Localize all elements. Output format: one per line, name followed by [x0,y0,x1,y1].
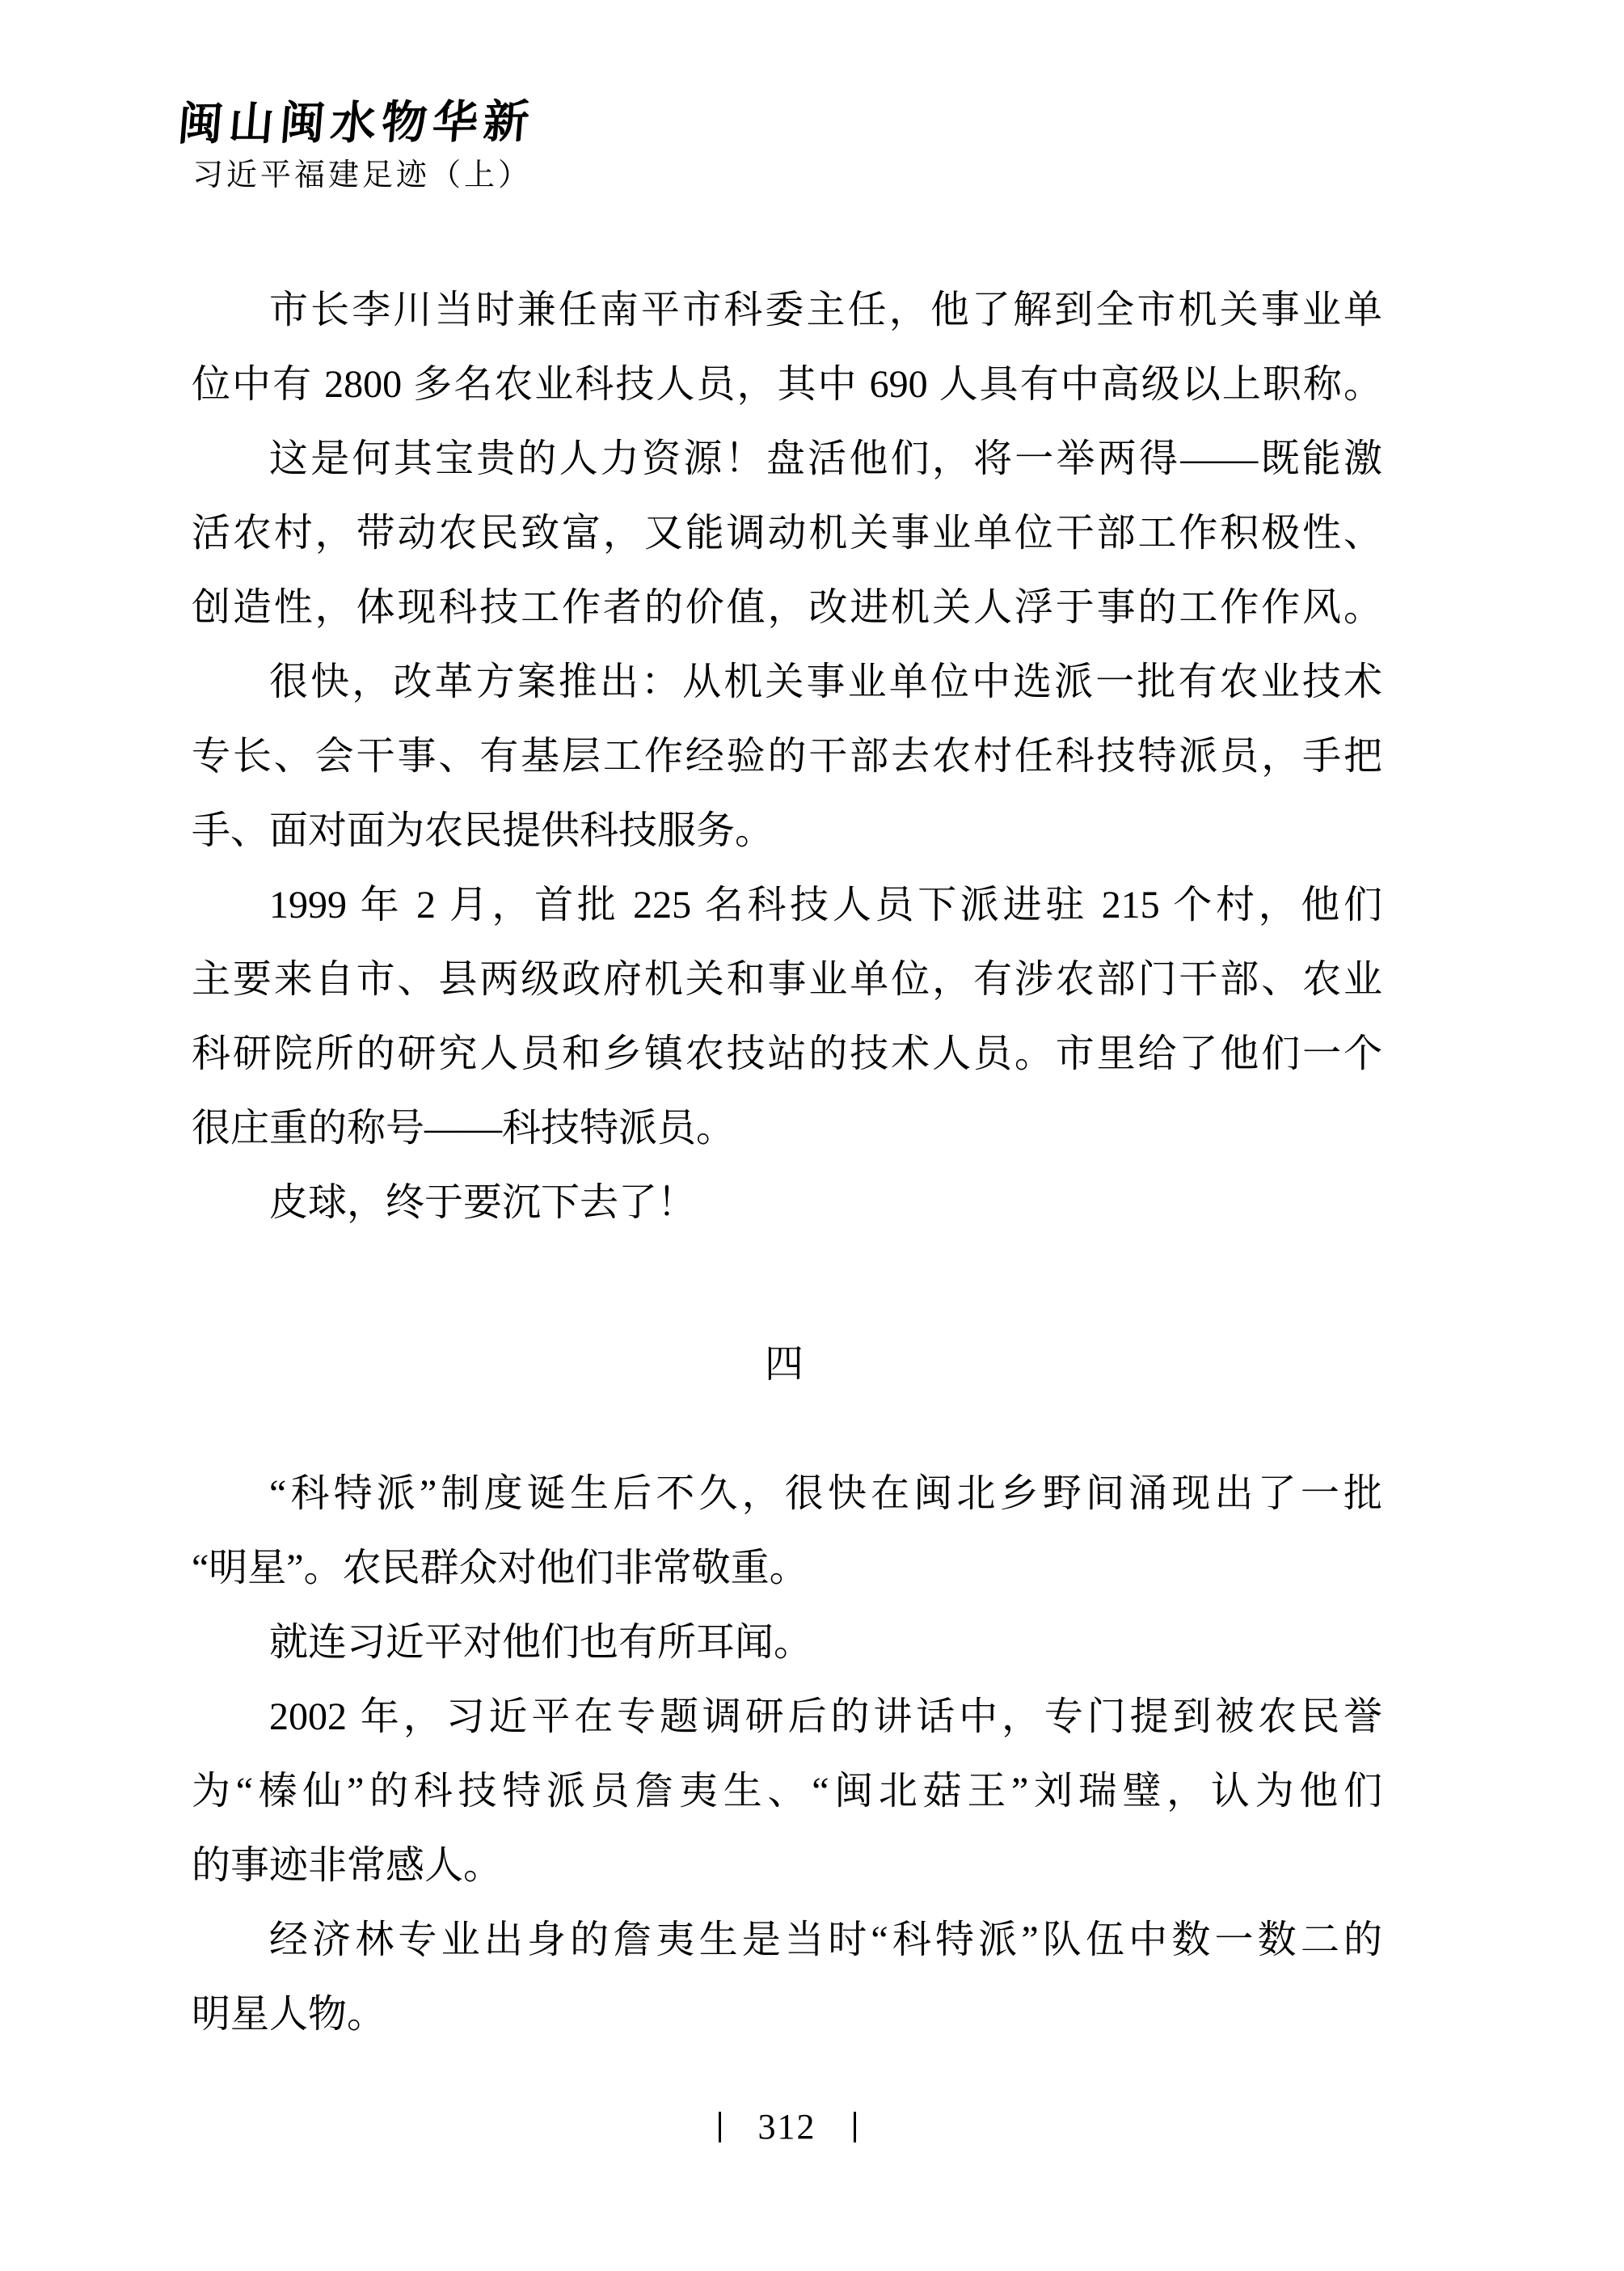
page-number: 312 [758,2109,816,2145]
paragraph: “科特派”制度诞生后不久，很快在闽北乡野间涌现出了一批“明星”。农民群众对他们非… [192,1457,1382,1606]
paragraph: 市长李川当时兼任南平市科委主任，他了解到全市机关事业单位中有 2800 多名农业… [192,273,1382,422]
text-line: 市长李川当时兼任南平市科委主任，他了解到全市机关事业单 [192,273,1382,348]
text-line: 活农村，带动农民致富，又能调动机关事业单位干部工作积极性、 [192,496,1382,571]
text-line: 1999 年 2 月，首批 225 名科技人员下派进驻 215 个村，他们 [192,868,1382,943]
text-line: 手、面对面为农民提供科技服务。 [192,794,1382,868]
text-line: 的事迹非常感人。 [192,1829,1382,1903]
book-subtitle: 习近平福建足迹（上） [192,157,532,194]
text-section-2: “科特派”制度诞生后不久，很快在闽北乡野间涌现出了一批“明星”。农民群众对他们非… [192,1457,1382,2052]
text-line: 经济林专业出身的詹夷生是当时“科特派”队伍中数一数二的 [192,1903,1382,1978]
text-line: 这是何其宝贵的人力资源！盘活他们，将一举两得——既能激 [192,422,1382,496]
text-line: 位中有 2800 多名农业科技人员，其中 690 人具有中高级以上职称。 [192,348,1382,422]
text-line: 主要来自市、县两级政府机关和事业单位，有涉农部门干部、农业 [192,943,1382,1017]
text-line: 皮球，终于要沉下去了！ [192,1166,1382,1240]
text-line: 明星人物。 [192,1978,1382,2052]
paragraph: 1999 年 2 月，首批 225 名科技人员下派进驻 215 个村，他们主要来… [192,868,1382,1166]
paragraph: 2002 年，习近平在专题调研后的讲话中，专门提到被农民誉为“榛仙”的科技特派员… [192,1680,1382,1903]
paragraph: 这是何其宝贵的人力资源！盘活他们，将一举两得——既能激活农村，带动农民致富，又能… [192,422,1382,645]
text-line: 科研院所的研究人员和乡镇农技站的技术人员。市里给了他们一个 [192,1017,1382,1091]
text-line: 专长、会干事、有基层工作经验的干部去农村任科技特派员，手把 [192,720,1382,794]
text-line: “明星”。农民群众对他们非常敬重。 [192,1531,1382,1606]
footer-right-bar [854,2112,856,2142]
footer-left-bar [719,2112,721,2142]
book-title-calligraphy: 闽山闽水物华新 [175,97,536,150]
paragraph: 就连习近平对他们也有所耳闻。 [192,1606,1382,1680]
page-footer: 312 [192,2100,1382,2154]
text-line: 2002 年，习近平在专题调研后的讲话中，专门提到被农民誉 [192,1680,1382,1754]
text-line: 很庄重的称号——科技特派员。 [192,1091,1382,1166]
text-line: “科特派”制度诞生后不久，很快在闽北乡野间涌现出了一批 [192,1457,1382,1531]
book-page: 闽山闽水物华新 习近平福建足迹（上） 市长李川当时兼任南平市科委主任，他了解到全… [0,0,1624,2271]
text-line: 很快，改革方案推出：从机关事业单位中选派一批有农业技术 [192,645,1382,720]
text-section-1: 市长李川当时兼任南平市科委主任，他了解到全市机关事业单位中有 2800 多名农业… [192,273,1382,1240]
paragraph: 皮球，终于要沉下去了！ [192,1166,1382,1240]
text-line: 就连习近平对他们也有所耳闻。 [192,1606,1382,1680]
paragraph: 经济林专业出身的詹夷生是当时“科特派”队伍中数一数二的明星人物。 [192,1903,1382,2052]
text-line: 为“榛仙”的科技特派员詹夷生、“闽北菇王”刘瑞璧，认为他们 [192,1754,1382,1829]
section-heading: 四 [192,1328,1377,1402]
paragraph: 很快，改革方案推出：从机关事业单位中选派一批有农业技术专长、会干事、有基层工作经… [192,645,1382,868]
text-line: 创造性，体现科技工作者的价值，改进机关人浮于事的工作作风。 [192,571,1382,645]
